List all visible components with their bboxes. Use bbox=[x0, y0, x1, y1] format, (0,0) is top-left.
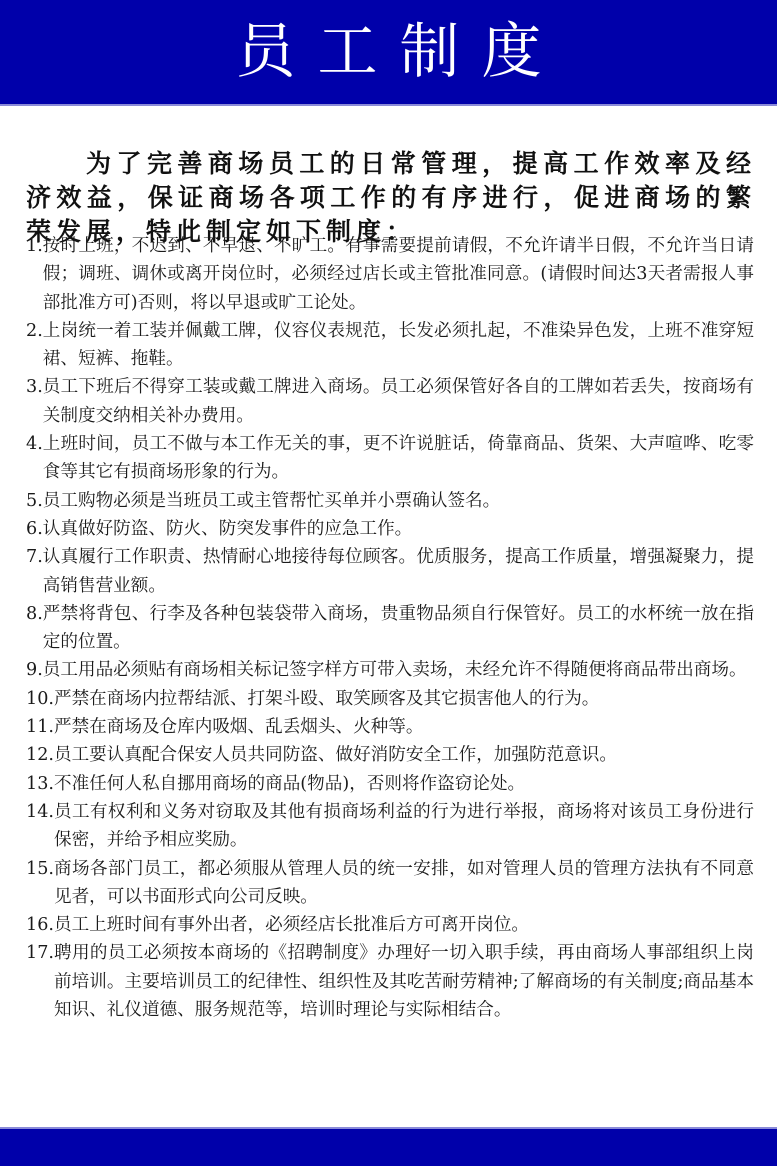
rule-item-13: 13. 不准任何人私自挪用商场的商品(物品)，否则将作盗窃论处。 bbox=[26, 770, 754, 798]
rule-item-3: 3. 员工下班后不得穿工装或戴工牌进入商场。员工必须保管好各自的工牌如若丢失，按… bbox=[26, 373, 754, 430]
rule-number: 1. bbox=[26, 232, 43, 260]
rule-item-8: 8. 严禁将背包、行李及各种包装袋带入商场，贵重物品须自行保管好。员工的水杯统一… bbox=[26, 600, 754, 657]
rule-text: 员工有权利和义务对窃取及其他有损商场利益的行为进行举报，商场将对该员工身份进行保… bbox=[54, 798, 754, 855]
rule-number: 14. bbox=[26, 798, 54, 826]
header-banner: 员工制度 bbox=[0, 0, 777, 106]
rule-item-4: 4. 上班时间，员工不做与本工作无关的事，更不许说脏话，倚靠商品、货架、大声喧哗… bbox=[26, 430, 754, 487]
rule-number: 3. bbox=[26, 373, 43, 401]
rule-text: 认真履行工作职责、热情耐心地接待每位顾客。优质服务，提高工作质量，增强凝聚力，提… bbox=[43, 543, 754, 600]
rule-item-5: 5. 员工购物必须是当班员工或主管帮忙买单并小票确认签名。 bbox=[26, 487, 754, 515]
rule-text: 严禁在商场及仓库内吸烟、乱丢烟头、火种等。 bbox=[54, 713, 754, 741]
rule-number: 2. bbox=[26, 317, 43, 345]
rule-text: 不准任何人私自挪用商场的商品(物品)，否则将作盗窃论处。 bbox=[54, 770, 754, 798]
rule-text: 上班时间，员工不做与本工作无关的事，更不许说脏话，倚靠商品、货架、大声喧哗、吃零… bbox=[43, 430, 754, 487]
rule-number: 11. bbox=[26, 713, 54, 741]
rule-number: 4. bbox=[26, 430, 43, 458]
rule-number: 8. bbox=[26, 600, 43, 628]
rule-number: 6. bbox=[26, 515, 43, 543]
rule-item-7: 7. 认真履行工作职责、热情耐心地接待每位顾客。优质服务，提高工作质量，增强凝聚… bbox=[26, 543, 754, 600]
rule-text: 聘用的员工必须按本商场的《招聘制度》办理好一切入职手续，再由商场人事部组织上岗前… bbox=[54, 939, 754, 1024]
rule-text: 严禁将背包、行李及各种包装袋带入商场，贵重物品须自行保管好。员工的水杯统一放在指… bbox=[43, 600, 754, 657]
rules-list: 1. 按时上班，不迟到、不早退、不旷工。有事需要提前请假，不允许请半日假，不允许… bbox=[26, 232, 754, 1024]
rule-text: 商场各部门员工，都必须服从管理人员的统一安排，如对管理人员的管理方法执有不同意见… bbox=[54, 855, 754, 912]
page-title: 员工制度 bbox=[236, 22, 564, 82]
rule-text: 员工用品必须贴有商场相关标记签字样方可带入卖场，未经允许不得随便将商品带出商场。 bbox=[43, 656, 754, 684]
rule-item-17: 17. 聘用的员工必须按本商场的《招聘制度》办理好一切入职手续，再由商场人事部组… bbox=[26, 939, 754, 1024]
rule-item-6: 6. 认真做好防盗、防火、防突发事件的应急工作。 bbox=[26, 515, 754, 543]
rule-number: 13. bbox=[26, 770, 54, 798]
rule-number: 16. bbox=[26, 911, 54, 939]
rule-number: 12. bbox=[26, 741, 54, 769]
rule-text: 上岗统一着工装并佩戴工牌，仪容仪表规范，长发必须扎起，不准染异色发，上班不准穿短… bbox=[43, 317, 754, 374]
rule-number: 9. bbox=[26, 656, 43, 684]
rule-text: 员工购物必须是当班员工或主管帮忙买单并小票确认签名。 bbox=[43, 487, 754, 515]
footer-banner bbox=[0, 1127, 777, 1166]
rule-item-16: 16. 员工上班时间有事外出者，必须经店长批准后方可离开岗位。 bbox=[26, 911, 754, 939]
rule-item-14: 14. 员工有权利和义务对窃取及其他有损商场利益的行为进行举报，商场将对该员工身… bbox=[26, 798, 754, 855]
rule-text: 认真做好防盗、防火、防突发事件的应急工作。 bbox=[43, 515, 754, 543]
rule-item-2: 2. 上岗统一着工装并佩戴工牌，仪容仪表规范，长发必须扎起，不准染异色发，上班不… bbox=[26, 317, 754, 374]
rule-number: 5. bbox=[26, 487, 43, 515]
rule-number: 15. bbox=[26, 855, 54, 883]
rule-item-10: 10. 严禁在商场内拉帮结派、打架斗殴、取笑顾客及其它损害他人的行为。 bbox=[26, 685, 754, 713]
rule-text: 员工要认真配合保安人员共同防盗、做好消防安全工作，加强防范意识。 bbox=[54, 741, 754, 769]
rule-text: 员工上班时间有事外出者，必须经店长批准后方可离开岗位。 bbox=[54, 911, 754, 939]
rule-number: 7. bbox=[26, 543, 43, 571]
rule-number: 17. bbox=[26, 939, 54, 967]
rule-item-11: 11. 严禁在商场及仓库内吸烟、乱丢烟头、火种等。 bbox=[26, 713, 754, 741]
rule-text: 员工下班后不得穿工装或戴工牌进入商场。员工必须保管好各自的工牌如若丢失，按商场有… bbox=[43, 373, 754, 430]
rule-text: 严禁在商场内拉帮结派、打架斗殴、取笑顾客及其它损害他人的行为。 bbox=[54, 685, 754, 713]
rule-number: 10. bbox=[26, 685, 54, 713]
rule-item-1: 1. 按时上班，不迟到、不早退、不旷工。有事需要提前请假，不允许请半日假，不允许… bbox=[26, 232, 754, 317]
rule-item-12: 12. 员工要认真配合保安人员共同防盗、做好消防安全工作，加强防范意识。 bbox=[26, 741, 754, 769]
rule-item-9: 9. 员工用品必须贴有商场相关标记签字样方可带入卖场，未经允许不得随便将商品带出… bbox=[26, 656, 754, 684]
rule-item-15: 15. 商场各部门员工，都必须服从管理人员的统一安排，如对管理人员的管理方法执有… bbox=[26, 855, 754, 912]
rule-text: 按时上班，不迟到、不早退、不旷工。有事需要提前请假，不允许请半日假，不允许当日请… bbox=[43, 232, 754, 317]
